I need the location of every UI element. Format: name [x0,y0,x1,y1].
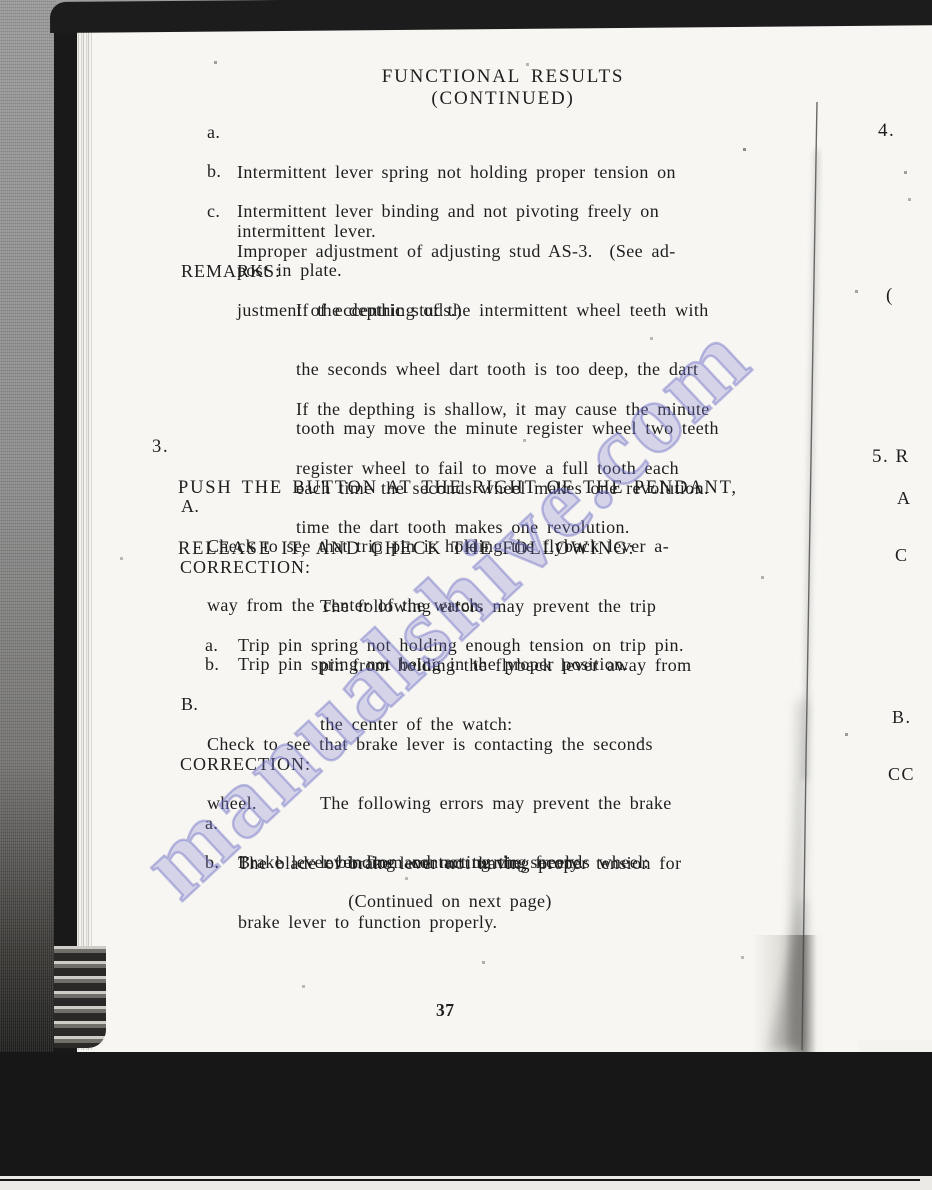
scan-stacked-page-edges [54,946,106,1048]
list-marker: b. [205,853,238,873]
adjacent-page-fragment: B. [892,707,912,728]
page-title: FUNCTIONAL RESULTS (CONTINUED) [253,66,753,110]
list-marker: a. [205,814,238,972]
sub-list-2-item-b: b. Brake lever binding and not turning f… [205,853,583,873]
step-number: 3. [152,437,178,600]
adjacent-page-fragment: CC [888,764,915,785]
scan-bottom-black-band [0,1052,932,1176]
sub-list-1-item-b: b. Trip pin spring not being in the prop… [205,655,628,675]
scanned-manual-page: FUNCTIONAL RESULTS (CONTINUED) a. Interm… [0,0,932,1190]
continued-note: (Continued on next page) [250,892,650,912]
adjacent-page-fragment: ( [886,285,894,307]
correction-1-label: CORRECTION: [180,557,311,578]
page-title-line2: (CONTINUED) [253,88,753,110]
remarks-label: REMARKS: [181,261,281,282]
sub-list-1-item-a: a. Trip pin spring not holding enough te… [205,636,684,656]
list-marker: b. [205,655,238,675]
correction-2-label: CORRECTION: [180,754,311,775]
scan-left-black-strip [54,7,77,1055]
scan-page-edge-streaks [77,28,92,1050]
page-number: 37 [436,1000,455,1021]
adjacent-page-fragment: 4. [878,120,895,142]
scan-left-binding-band [0,0,56,1058]
adjacent-page-fragment: A [897,488,912,509]
scan-page-curl-shading [752,935,824,1052]
adjacent-page-fragment: C [895,545,909,566]
list-marker: a. [205,636,238,656]
scan-bottom-rule-line [0,1179,920,1181]
scan-top-black-bar [50,0,932,33]
adjacent-page-fragment: 5. R [872,446,910,468]
page-title-line1: FUNCTIONAL RESULTS [253,66,753,88]
